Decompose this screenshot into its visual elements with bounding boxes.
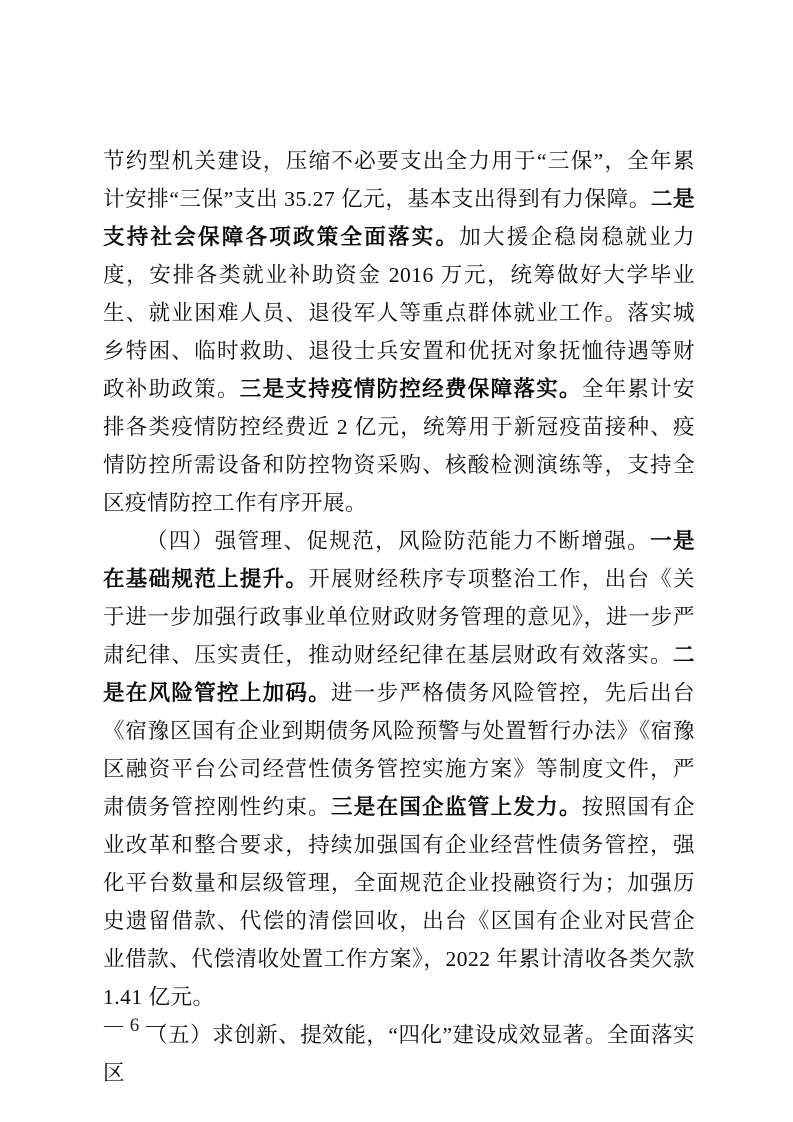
- text-run: 节约型机关建设，压缩不必要支出全力用于“三保”，全年累计安排“三保”支出 35.…: [103, 149, 695, 211]
- document-page: 节约型机关建设，压缩不必要支出全力用于“三保”，全年累计安排“三保”支出 35.…: [0, 0, 793, 1122]
- emphasis-run: 三是在国企监管上发力。: [331, 795, 582, 819]
- document-body: 节约型机关建设，压缩不必要支出全力用于“三保”，全年累计安排“三保”支出 35.…: [103, 142, 695, 1092]
- paragraph: （五）求创新、提效能，“四化”建设成效显著。全面落实区: [103, 1016, 695, 1092]
- text-run: （五）求创新、提效能，“四化”建设成效显著。全面落实区: [103, 1023, 695, 1085]
- page-number: — 6 —: [104, 1012, 166, 1040]
- emphasis-run: 三是支持疫情防控经费保障落实。: [240, 377, 582, 401]
- text-run: （四）强管理、促规范，风险防范能力不断增强。: [146, 529, 650, 553]
- text-run: 按照国有企业改革和整合要求，持续加强国有企业经营性债务管控，强化平台数量和层级管…: [103, 795, 695, 1009]
- text-run: 加大援企稳岗稳就业力度，安排各类就业补助资金 2016 万元，统筹做好大学毕业生…: [103, 225, 695, 401]
- paragraph: 节约型机关建设，压缩不必要支出全力用于“三保”，全年累计安排“三保”支出 35.…: [103, 142, 695, 522]
- paragraph: （四）强管理、促规范，风险防范能力不断增强。一是在基础规范上提升。开展财经秩序专…: [103, 522, 695, 1016]
